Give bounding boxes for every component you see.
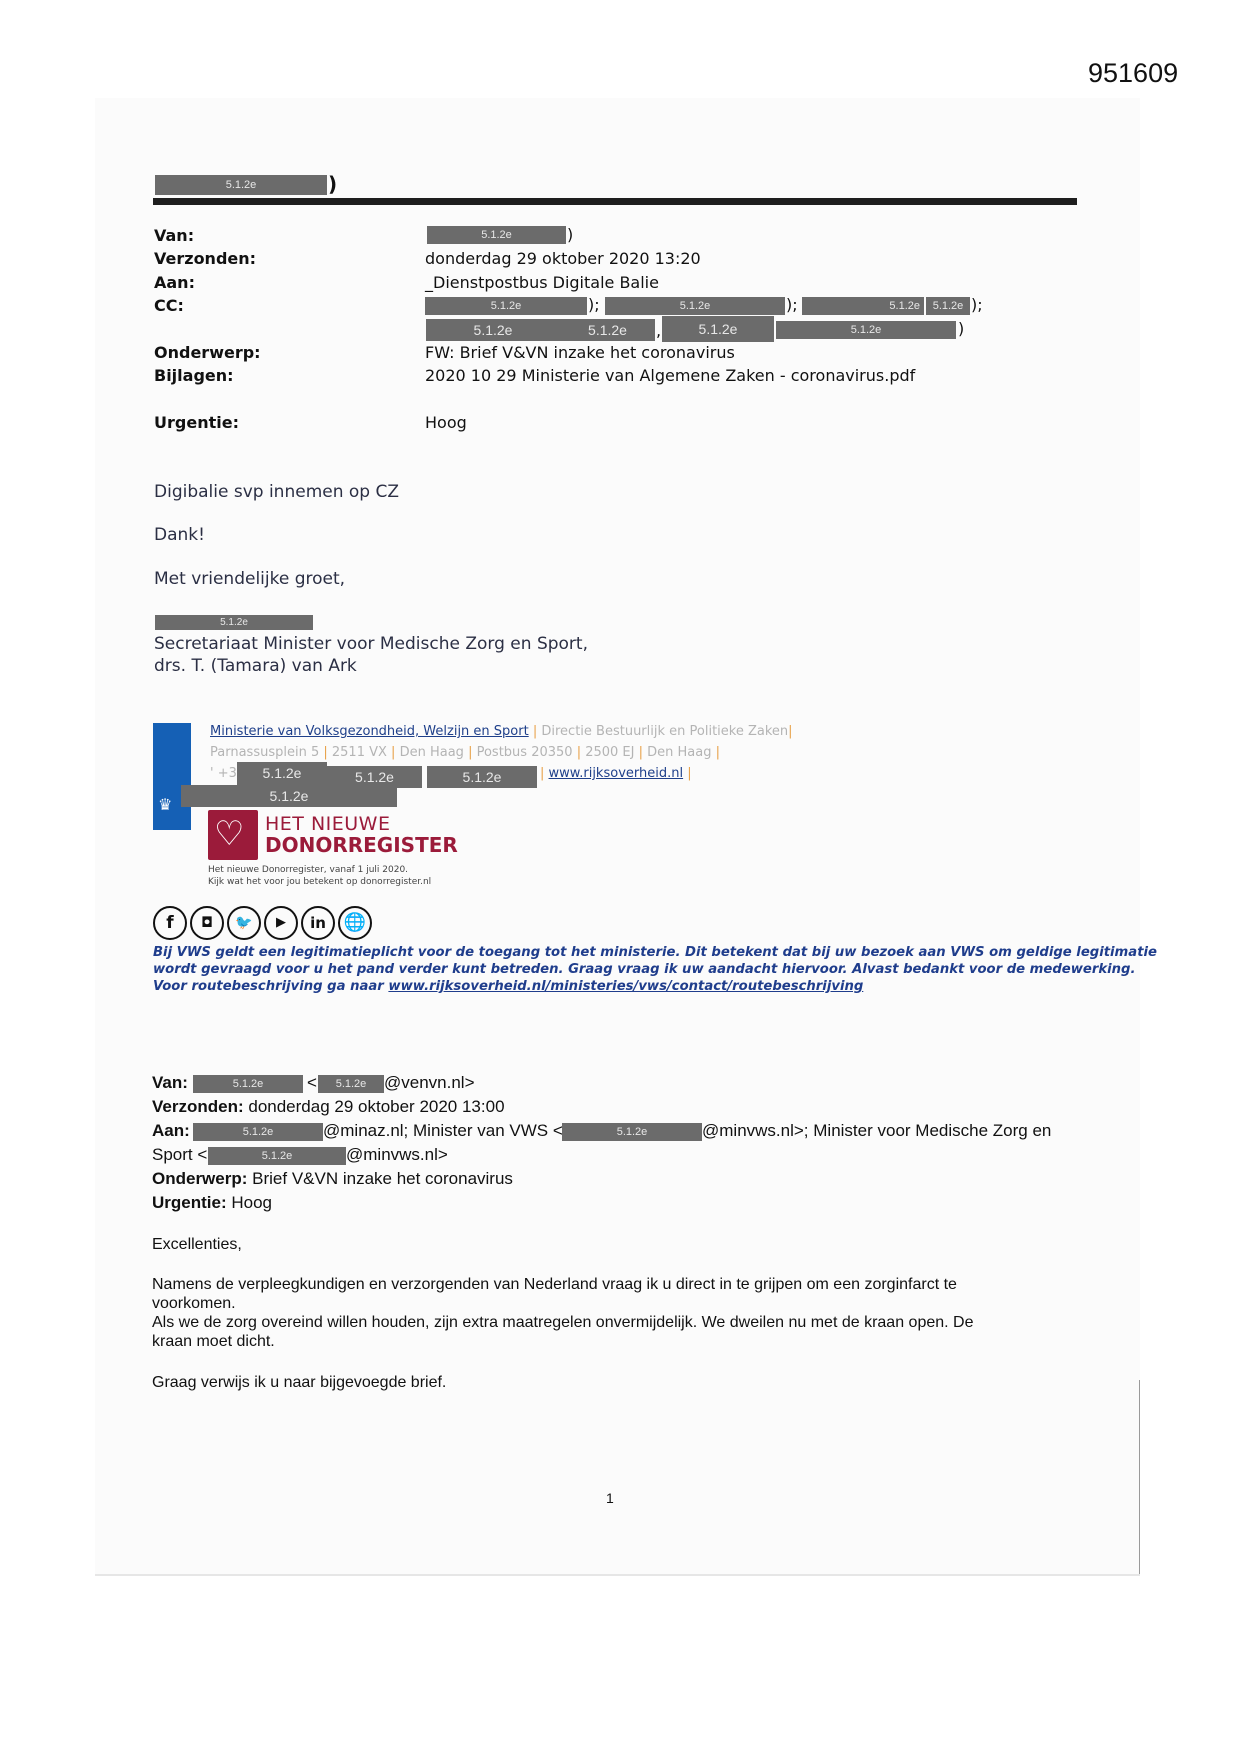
orig-to-part2: @minvws.nl>; Minister voor Medische Zorg… — [702, 1121, 1051, 1141]
orig-urgency-row: Urgentie: Hoog — [152, 1193, 272, 1213]
redaction-header: 5.1.2e — [155, 175, 327, 195]
header-paren: ) — [328, 172, 337, 196]
orig-to-part1: @minaz.nl; Minister van VWS < — [323, 1121, 563, 1141]
orig-to-line2-prefix: Sport < — [152, 1145, 207, 1165]
globe-icon[interactable]: 🌐 — [338, 906, 372, 940]
urgency-value: Hoog — [425, 413, 467, 432]
orig-from-domain: @venvn.nl> — [384, 1073, 475, 1093]
redaction-orig-to-3: 5.1.2e — [208, 1147, 346, 1165]
label-to: Aan: — [154, 273, 195, 292]
instagram-icon[interactable]: ◘ — [190, 906, 224, 940]
to-value: _Dienstpostbus Digitale Balie — [425, 273, 659, 292]
orig-subject-row: Onderwerp: Brief V&VN inzake het coronav… — [152, 1169, 513, 1189]
youtube-icon[interactable]: ▶ — [264, 906, 298, 940]
redaction-phone-3: 5.1.2e — [427, 766, 537, 788]
label-from: Van: — [154, 226, 194, 245]
redaction-cc-7: 5.1.2e — [662, 316, 774, 342]
cc-sep-1: ); — [588, 295, 600, 314]
label-subject: Onderwerp: — [154, 343, 261, 362]
donor-caption-2: Kijk wat het voor jou betekent op donorr… — [208, 877, 431, 887]
header-rule — [153, 198, 1077, 205]
website-line: | www.rijksoverheid.nl | — [540, 766, 692, 781]
twitter-icon[interactable]: 🐦 — [227, 906, 261, 940]
redaction-orig-from-name: 5.1.2e — [193, 1075, 303, 1093]
attachment-value[interactable]: 2020 10 29 Ministerie van Algemene Zaken… — [425, 366, 915, 385]
document-number: 951609 — [1088, 58, 1178, 89]
label-urgency: Urgentie: — [154, 413, 239, 432]
redaction-signature-name: 5.1.2e — [155, 615, 313, 630]
facebook-icon[interactable]: f — [153, 906, 187, 940]
directorate: Directie Bestuurlijk en Politieke Zaken — [541, 724, 788, 739]
crest-icon: ♛ — [158, 795, 172, 814]
sent-value: donderdag 29 oktober 2020 13:20 — [425, 249, 701, 268]
notice-line-1: Bij VWS geldt een legitimatieplicht voor… — [153, 945, 1157, 960]
redaction-cc-3: 5.1.2e — [802, 297, 924, 315]
ministry-line-1: Ministerie van Volksgezondheid, Welzijn … — [210, 724, 793, 739]
body-line-3: Met vriendelijke groet, — [154, 569, 345, 589]
cc-line2-comma: , — [656, 321, 661, 340]
redaction-cc-4: 5.1.2e — [926, 297, 970, 315]
donor-caption-1: Het nieuwe Donorregister, vanaf 1 juli 2… — [208, 865, 408, 875]
redaction-orig-from-user: 5.1.2e — [318, 1075, 384, 1093]
redaction-cc-6: 5.1.2e — [560, 319, 655, 341]
page-number: 1 — [606, 1490, 614, 1506]
redaction-from: 5.1.2e — [427, 226, 566, 244]
website-link[interactable]: www.rijksoverheid.nl — [549, 766, 684, 781]
orig-p1-line1: Namens de verpleegkundigen en verzorgend… — [152, 1276, 957, 1294]
redaction-orig-to-2: 5.1.2e — [562, 1123, 702, 1141]
label-sent: Verzonden: — [154, 249, 256, 268]
orig-p2-line2: kraan moet dicht. — [152, 1333, 275, 1351]
cc-line2-paren: ) — [958, 319, 964, 338]
orig-to-line2-suffix: @minvws.nl> — [346, 1145, 448, 1165]
notice-line-3: Voor routebeschrijving ga naar www.rijks… — [153, 979, 863, 994]
orig-from-lt: < — [307, 1073, 317, 1093]
orig-from-row: Van: — [152, 1073, 188, 1093]
signature-line-1: Secretariaat Minister voor Medische Zorg… — [154, 634, 588, 654]
scan-edge-bottom — [95, 1574, 1140, 1576]
orig-p3: Graag verwijs ik u naar bijgevoegde brie… — [152, 1374, 446, 1392]
redaction-cc-1: 5.1.2e — [425, 297, 587, 315]
redaction-cc-5: 5.1.2e — [426, 319, 560, 341]
subject-value: FW: Brief V&VN inzake het coronavirus — [425, 343, 735, 362]
cc-sep-3: ); — [971, 295, 983, 314]
linkedin-icon[interactable]: in — [301, 906, 335, 940]
donor-title-2: DONORREGISTER — [265, 833, 458, 857]
signature-line-2: drs. T. (Tamara) van Ark — [154, 656, 357, 676]
label-cc: CC: — [154, 296, 184, 315]
orig-sent-row: Verzonden: donderdag 29 oktober 2020 13:… — [152, 1097, 505, 1117]
scan-edge — [1139, 1380, 1140, 1575]
cc-sep-2: ); — [786, 295, 798, 314]
redaction-phone-1: 5.1.2e — [237, 762, 327, 786]
orig-greeting: Excellenties, — [152, 1236, 242, 1254]
redaction-orig-to-1: 5.1.2e — [193, 1123, 323, 1141]
orig-p1-line2: voorkomen. — [152, 1295, 236, 1313]
donor-title-1: HET NIEUWE — [265, 813, 390, 835]
redaction-email: 5.1.2e — [181, 785, 397, 807]
label-attachments: Bijlagen: — [154, 366, 234, 385]
body-line-2: Dank! — [154, 525, 205, 545]
notice-line-2: wordt gevraagd voor u het pand verder ku… — [153, 962, 1136, 977]
orig-p2-line1: Als we de zorg overeind willen houden, z… — [152, 1314, 973, 1332]
body-line-1: Digibalie svp innemen op CZ — [154, 482, 399, 502]
route-link[interactable]: www.rijksoverheid.nl/ministeries/vws/con… — [388, 979, 863, 994]
redaction-cc-8: 5.1.2e — [776, 321, 956, 339]
heart-icon: ♡ — [214, 812, 244, 856]
ministry-name-link[interactable]: Ministerie van Volksgezondheid, Welzijn … — [210, 724, 529, 739]
from-paren: ) — [567, 225, 573, 244]
orig-to-row: Aan: — [152, 1121, 190, 1141]
redaction-cc-2: 5.1.2e — [605, 297, 785, 315]
ministry-address: Parnassusplein 5 | 2511 VX | Den Haag | … — [210, 745, 720, 760]
